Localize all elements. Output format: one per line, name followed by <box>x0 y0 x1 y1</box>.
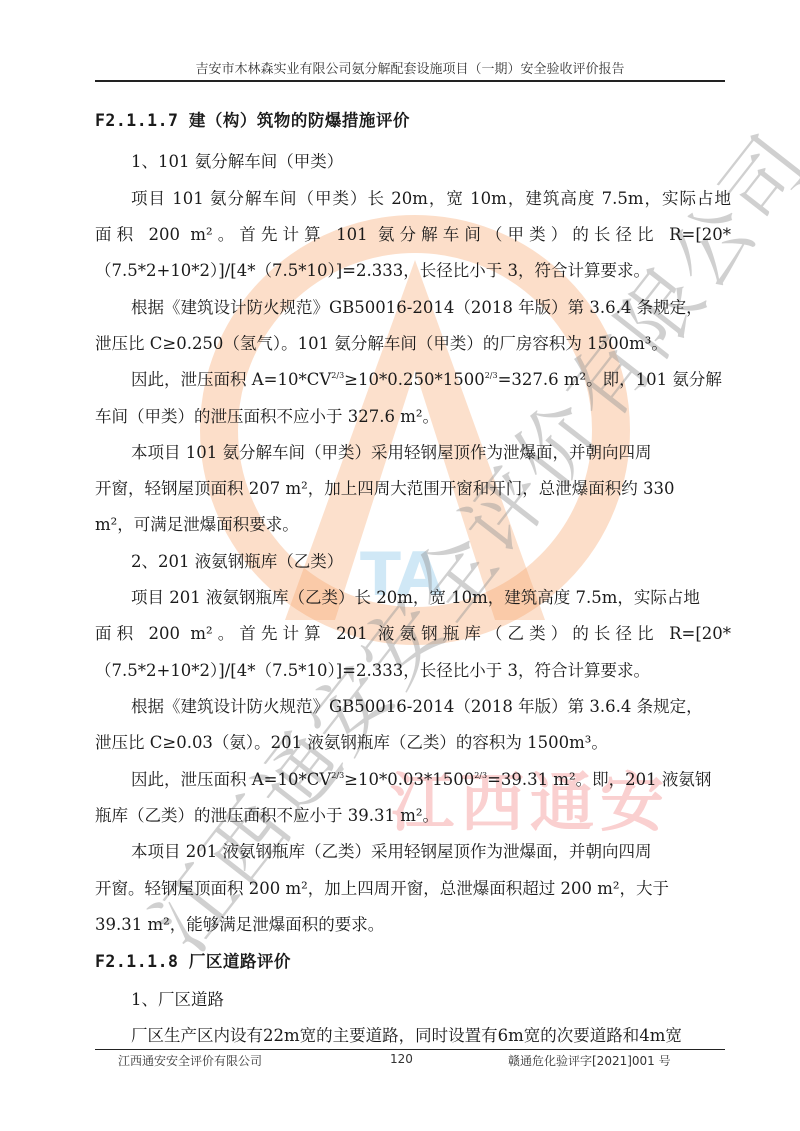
formula-line-201: 因此，泄压面积 A=10*CV2/3≥10*0.03*15002/3=39.31… <box>131 769 711 791</box>
paragraph-line: 39.31 m²，能够满足泄爆面积的要求。 <box>95 914 384 936</box>
section-heading-roads: F2.1.1.8 厂区道路评价 <box>95 951 291 973</box>
paragraph-line: m²，可满足泄爆面积要求。 <box>95 514 299 536</box>
page-header-title: 吉安市木林森实业有限公司氨分解配套设施项目（一期）安全验收评价报告 <box>95 58 725 77</box>
paragraph-line: 泄压比 C≥0.03（氨）。201 液氨钢瓶库（乙类）的容积为 1500m³。 <box>95 732 608 754</box>
formula-suffix: =39.31 m²。即，201 液氨钢 <box>487 770 711 789</box>
paragraph-line: 项目 201 液氨钢瓶库（乙类）长 20m，宽 10m，建筑高度 7.5m，实际… <box>131 587 700 609</box>
formula-exponent: 2/3 <box>474 771 487 780</box>
document-page: TA 江西通安安全评价有限公司 江西通安 吉安市木林森实业有限公司氨分解配套设施… <box>0 0 800 1131</box>
formula-exponent: 2/3 <box>485 371 498 380</box>
paragraph-line: 车间（甲类）的泄压面积不应小于 327.6 m²。 <box>95 406 439 428</box>
paragraph-line: 厂区生产区内设有22m宽的主要道路，同时设置有6m宽的次要道路和4m宽 <box>131 1025 682 1047</box>
paragraph-line: 面积 200 m²。首先计算 101 氨分解车间（甲类）的长径比 R=[20* <box>95 224 731 246</box>
formula-mid: ≥10*0.250*1500 <box>344 370 485 389</box>
section-heading-explosion-protection: F2.1.1.7 建（构）筑物的防爆措施评价 <box>95 110 410 132</box>
footer-divider <box>95 1049 725 1050</box>
formula-suffix: =327.6 m²。即，101 氨分解 <box>498 370 722 389</box>
paragraph-line: 瓶库（乙类）的泄压面积不应小于 39.31 m²。 <box>95 805 439 827</box>
subsection-title-roads: 1、厂区道路 <box>131 989 224 1011</box>
paragraph-line: 开窗，轻钢屋顶面积 207 m²，加上四周大范围开窗和开门，总泄爆面积约 330 <box>95 478 674 500</box>
paragraph-line: 面积 200 m²。首先计算 201 液氨钢瓶库（乙类）的长径比 R=[20* <box>95 623 731 645</box>
formula-line-101: 因此，泄压面积 A=10*CV2/3≥10*0.250*15002/3=327.… <box>131 369 722 391</box>
formula-mid: ≥10*0.03*1500 <box>344 770 474 789</box>
subsection-title-101: 1、101 氨分解车间（甲类） <box>131 151 343 173</box>
paragraph-line: 本项目 101 氨分解车间（甲类）采用轻钢屋顶作为泄爆面，并朝向四周 <box>131 442 651 464</box>
paragraph-line: 项目 101 氨分解车间（甲类）长 20m，宽 10m，建筑高度 7.5m，实际… <box>131 188 731 210</box>
formula-prefix: 因此，泄压面积 A=10*CV <box>131 370 331 389</box>
footer-company: 江西通安安全评价有限公司 <box>118 1052 262 1069</box>
paragraph-line: 本项目 201 液氨钢瓶库（乙类）采用轻钢屋顶作为泄爆面，并朝向四周 <box>131 841 651 863</box>
header-divider <box>95 80 725 82</box>
subsection-title-201: 2、201 液氨钢瓶库（乙类） <box>131 551 343 573</box>
watermark-red-text: 江西通安 <box>390 752 670 844</box>
formula-exponent: 2/3 <box>331 371 344 380</box>
paragraph-line: 泄压比 C≥0.250（氢气）。101 氨分解车间（甲类）的厂房容积为 1500… <box>95 333 668 355</box>
formula-prefix: 因此，泄压面积 A=10*CV <box>131 770 331 789</box>
paragraph-line: 根据《建筑设计防火规范》GB50016-2014（2018 年版）第 3.6.4… <box>131 696 703 718</box>
paragraph-line: （7.5*2+10*2）]/[4*（7.5*10）]=2.333，长径比小于 3… <box>95 260 650 282</box>
paragraph-line: 开窗。轻钢屋顶面积 200 m²，加上四周开窗，总泄爆面积超过 200 m²，大… <box>95 878 669 900</box>
page-number: 120 <box>390 1052 413 1066</box>
paragraph-line: （7.5*2+10*2）]/[4*（7.5*10）]=2.333，长径比小于 3… <box>95 660 650 682</box>
formula-exponent: 2/3 <box>331 771 344 780</box>
footer-doc-number: 赣通危化验评字[2021]001 号 <box>508 1052 671 1069</box>
paragraph-line: 根据《建筑设计防火规范》GB50016-2014（2018 年版）第 3.6.4… <box>131 297 703 319</box>
